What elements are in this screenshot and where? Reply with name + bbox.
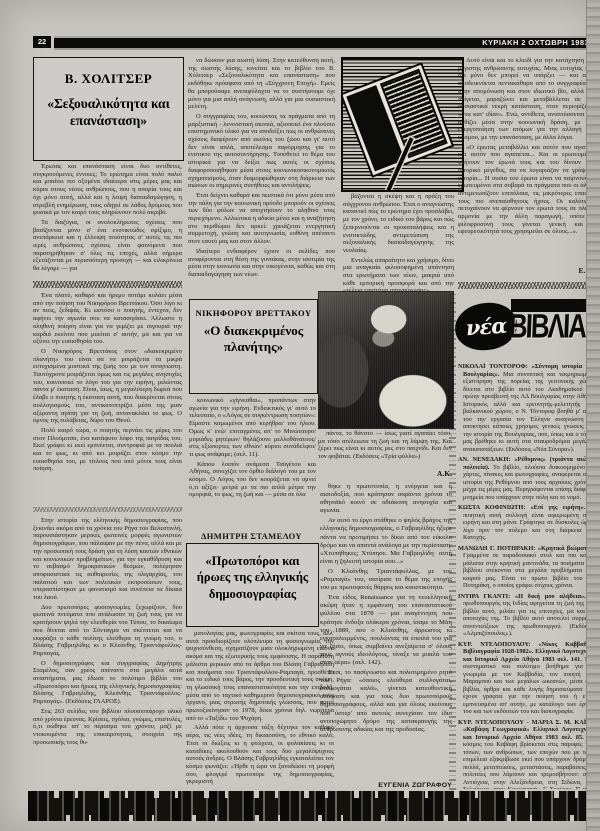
paragraph: ματολογίας μας, φωτογραφίες και σκίτσα τ… <box>186 630 334 722</box>
stamelos-title: «Πρωτοπόροι και ήρωες της ελληνικής δημο… <box>192 553 313 602</box>
paragraph: Ένα είδος Renaissance για τη νεοελληνική… <box>320 594 452 667</box>
vrettakos-column-3: πάντα, το θάνατο — ίσως γιατί αγαπάει τό… <box>318 430 452 470</box>
paragraph: να δώσουν μια σωστή λύση. Στην κατεύθυνσ… <box>188 57 335 111</box>
book-entry: ΙΝΤΙΡΑ ΓΚΑΝΤΙ: «Η δική μου αλήθεια». Η π… <box>458 593 595 638</box>
holitser-column-1: Έρωτας και επανάσταση είναι δυο αντίθετε… <box>33 163 182 277</box>
headline-box-holitser: Β. ΧΟΛΙΤΣΕΡ «Σεξουαλικότητα και επανάστα… <box>33 57 184 161</box>
vrettakos-column-1: Ένα πλατύ, καθαρό και ήρεμο ποτάμι κυλάε… <box>33 292 182 504</box>
book-entry: ΚΥΡ. ΝΤΕΛΟΠΟΥΛΟΥ - ΜΑΡΙΑ Σ. Μ. ΚΑΪΡΗ «Κα… <box>458 719 595 790</box>
paragraph: Αυτό είναι και το κλειδί για την κατάχτη… <box>458 57 595 142</box>
holitser-title: «Σεξουαλικότητα και επανάσταση» <box>40 95 177 130</box>
page-edge-texture <box>586 0 600 831</box>
newspaper-page: 22 ΚΥΡΙΑΚΗ 2 ΟΧΤΩΒΡΗ 1983 Β. ΧΟΛΙΤΣΕΡ «Σ… <box>0 0 600 831</box>
book-entry: ΑΝ. ΝΕΝΕΔΑΚΗ: «Ρέθυμνος» (τριάντα αιώνες… <box>458 456 595 501</box>
paragraph: Ο δημοσιογράφος και συγγραφέας Δημήτρης … <box>33 660 182 706</box>
ink-smear-strip <box>28 791 595 821</box>
paragraph: Πολύ καιρό τώρα, ο ποιητής περνάει τις μ… <box>33 427 182 473</box>
book-entry-head: ΚΥΡ. ΝΤΕΛΟΠΟΥΛΟΥ: «Νίκος Καββαδίας Βιβλι… <box>458 641 595 663</box>
book-entry-head: ΜΑΝΩΛΗ Γ. ΠΟΤΗΡΑΚΗ: «Κρητικά βιώματα». <box>458 545 595 552</box>
paragraph: Ένα πλατύ, καθαρό και ήρεμο ποτάμι κυλάε… <box>33 292 182 346</box>
section-divider <box>458 282 595 289</box>
paragraph: πάντα, το θάνατο — ίσως γιατί αγαπάει τό… <box>318 430 452 461</box>
headline-box-stamelos: «Πρωτοπόροι και ήρωες της ελληνικής δημο… <box>186 543 319 627</box>
book-entry: ΝΙΚΟΛΑΪ ΤΟΝΤΟΡΟΦ: «Σύντομη ιστορία της Β… <box>458 363 595 453</box>
paragraph: «Ο έρωτας μεταβάλλει και αυτόν που αγαπά… <box>458 144 595 236</box>
book-entry-head: ΚΥΡ. ΝΤΕΛΟΠΟΥΛΟΥ - ΜΑΡΙΑ Σ. Μ. ΚΑΪΡΗ «Κα… <box>458 719 595 741</box>
book-entry-head: ΚΩΣΤΑ ΚΟΦΙΝΙΩΤΗ: «Επί γης ειρήνη». <box>458 504 590 511</box>
paragraph: Έτσι, το πασίγνωστο και πολυτιμημένο ρητ… <box>320 669 452 734</box>
paragraph: θηκε η πρωτοτυπία, η ενέργεια και η αισι… <box>320 483 452 515</box>
headline-box-vrettakos: ΝΙΚΗΦΟΡΟΥ ΒΡΕΤΤΑΚΟΥ «Ο διακεκριμένος πλα… <box>189 299 318 394</box>
paragraph: Ο Κλεάνθης Τριαντάφυλλος, με τον «Ραμπαγ… <box>320 568 452 592</box>
holitser-column-2: να δώσουν μια σωστή λύση. Στην κατεύθυνσ… <box>188 57 335 294</box>
issue-date: ΚΥΡΙΑΚΗ 2 ΟΧΤΩΒΡΗ 1983 <box>482 38 589 48</box>
stamelos-column-3: θηκε η πρωτοτυπία, η ενέργεια και η αισι… <box>320 483 452 779</box>
nea-logo-script: νέα <box>465 312 507 340</box>
book-entry: ΜΑΝΩΛΗ Γ. ΠΟΤΗΡΑΚΗ: «Κρητικά βιώματα». Γ… <box>458 545 595 590</box>
section-divider <box>33 281 182 288</box>
vivlia-logo-text: ΒΙΒΛΙΑ <box>508 309 585 343</box>
paragraph: Αλλά πότε η άρχουσα τάξη δέχτηκε τον καθ… <box>186 724 334 786</box>
paragraph: κοινωνικό «γίγνεσθαι», προπάντων στην αγ… <box>189 397 316 459</box>
holitser-column-4: Αυτό είναι και το κλειδί για την κατάχτη… <box>458 57 595 267</box>
holitser-column-3: βάζονται η σκέψη και η πράξη του σύγχρον… <box>343 193 454 295</box>
paragraph: Δυο πρωτοπόρες φυσιογνωμίες ξεχωρίζουν, … <box>33 604 182 658</box>
paragraph: Ο Νικηφόρος Βρεττάκος στον «διακεκριμένο… <box>33 348 182 425</box>
paragraph: Ιδιαίτερο ενδιαφέρον έχουν οι σελίδες πο… <box>188 248 335 279</box>
paragraph: Στις 263 σελίδες του βιβλίου πλουσιοπάρο… <box>33 708 182 747</box>
stamelos-byline: ΕΥΓΕΝΙΑ ΖΩΓΡΑΦΟΥ <box>340 782 452 789</box>
book-icon <box>342 65 451 175</box>
holitser-author: Β. ΧΟΛΙΤΣΕΡ <box>34 71 183 87</box>
stamelos-column-2: ματολογίας μας, φωτογραφίες και σκίτσα τ… <box>186 630 334 789</box>
page-number: 22 <box>33 36 51 48</box>
paragraph: Κάπου λοιπόν ανάμεσα Ταϋγέτου και Αθήνας… <box>189 461 316 500</box>
section-divider <box>33 507 182 512</box>
vrettakos-title: «Ο διακεκριμένος πλανήτης» <box>194 323 313 356</box>
open-book-woodcut-illustration <box>341 57 464 192</box>
paragraph: Στην ιστορία της ελληνικής δημοσιογραφία… <box>33 517 182 602</box>
paragraph: βάζονται η σκέψη και η πράξη του σύγχρον… <box>343 193 454 255</box>
column-rule-texture <box>449 294 456 790</box>
author-portrait-photo <box>318 291 454 429</box>
paragraph: Ο συγγραφέας του, κοιτώντας τα πράγματα … <box>188 113 335 190</box>
paragraph: Έρωτας και επανάσταση είναι δυο αντίθετε… <box>33 163 182 217</box>
book-entry-head: ΝΙΚΟΛΑΪ ΤΟΝΤΟΡΟΦ: «Σύντομη ιστορία της Β… <box>458 363 595 378</box>
book-entry-head: ΙΝΤΙΡΑ ΓΚΑΝΤΙ: «Η δική μου αλήθεια». <box>458 593 590 600</box>
vrettakos-author: ΝΙΚΗΦΟΡΟΥ ΒΡΕΤΤΑΚΟΥ <box>190 308 317 318</box>
new-books-list: ΝΙΚΟΛΑΪ ΤΟΝΤΟΡΟΦ: «Σύντομη ιστορία της Β… <box>458 363 595 789</box>
stamelos-column-1: Στην ιστορία της ελληνικής δημοσιογραφία… <box>33 517 182 789</box>
book-entry-head: ΑΝ. ΝΕΝΕΔΑΚΗ: «Ρέθυμνος» (τριάντα αιώνες… <box>458 456 595 471</box>
holitser-signature: Ε. Κ. <box>458 266 595 275</box>
book-entry: ΚΩΣΤΑ ΚΟΦΙΝΙΩΤΗ: «Επί γης ειρήνη». Η ποι… <box>458 504 595 542</box>
vrettakos-column-2: κοινωνικό «γίγνεσθαι», προπάντων στην αγ… <box>189 397 316 531</box>
book-entry: ΚΥΡ. ΝΤΕΛΟΠΟΥΛΟΥ: «Νίκος Καββαδίας Βιβλι… <box>458 641 595 716</box>
paragraph: Έτσι δείχνει καθαρά και πειστικά ότι μόν… <box>188 192 335 246</box>
nea-vivlia-logo: νέα ΒΙΒΛΙΑ <box>455 293 597 359</box>
masthead-bar: ΚΥΡΙΑΚΗ 2 ΟΧΤΩΒΡΗ 1983 <box>54 38 597 48</box>
paragraph: Αν αυτό το έργο στάθηκε ο ψηλός βράχος τ… <box>320 517 452 566</box>
vrettakos-signature: Α.Κ. <box>318 469 452 478</box>
stamelos-author: ΔΗΜΗΤΡΗ ΣΤΑΜΕΛΟΥ <box>186 531 317 541</box>
paragraph: Εντελώς απαραίτητο και χρήσιμο, δίνει μι… <box>343 257 454 295</box>
paragraph: Τα διαζύγια, οι ανολοκλήρωτες σχέσεις πο… <box>33 219 182 273</box>
